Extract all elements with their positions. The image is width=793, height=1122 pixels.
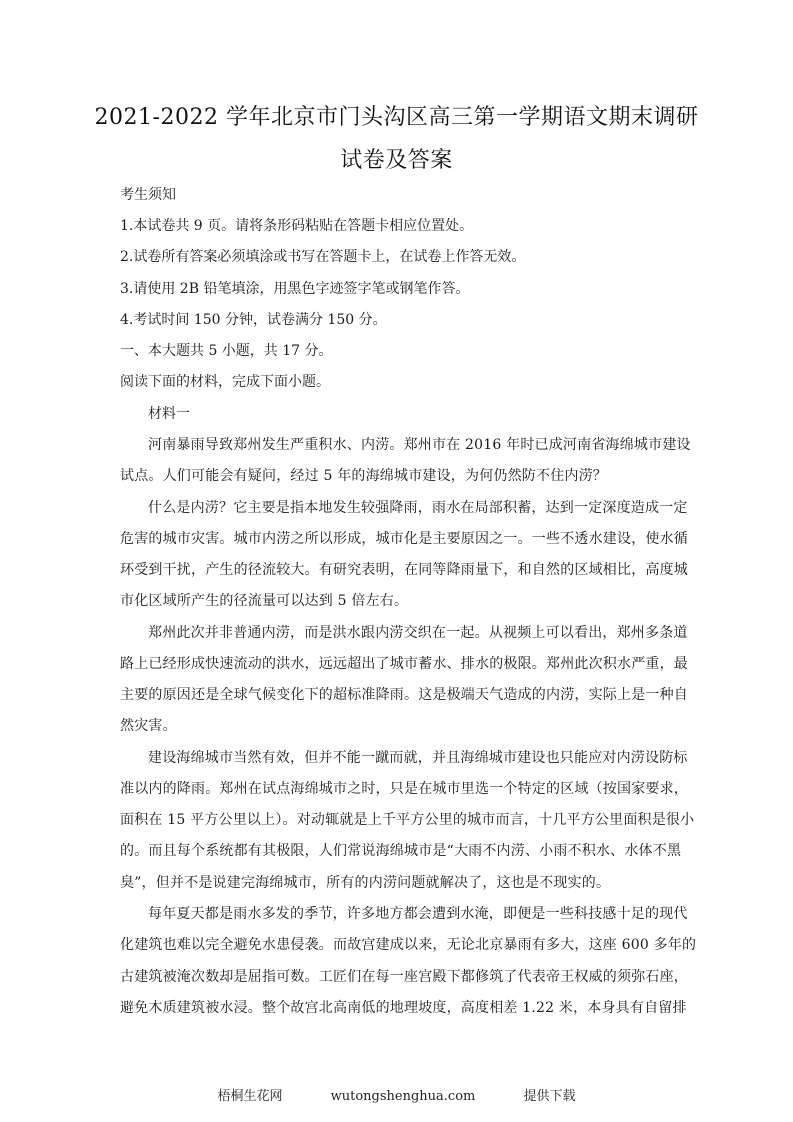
paragraph-line: 的。而且每个系统都有其极限，人们常说海绵城市是“大雨不内涝、小雨不积水、水体不黑	[120, 841, 675, 861]
footer-site-url[interactable]: wutongshenghua.com	[331, 1088, 476, 1106]
document-page: 2021-2022 学年北京市门头沟区高三第一学期语文期末调研 试卷及答案 考生…	[0, 0, 793, 1122]
paragraph-line: 路上已经形成快速流动的洪水，远远超出了城市蓄水、排水的极限。郑州此次积水严重，最	[120, 654, 675, 674]
paragraph-line: 试点。人们可能会有疑问，经过 5 年的海绵城市建设，为何仍然防不住内涝？	[120, 466, 675, 486]
paragraph-line: 郑州此次并非普通内涝，而是洪水跟内涝交织在一起。从视频上可以看出，郑州多条道	[148, 623, 675, 643]
paragraph-line: 准以内的降雨。郑州在试点海绵城市之时，只是在城市里选一个特定的区域（按国家要求，	[120, 779, 675, 799]
paragraph-line: 主要的原因还是全球气候变化下的超标准降雨。这是极端天气造成的内涝，实际上是一种自	[120, 685, 675, 705]
paragraph-line: 面积在 15 平方公里以上）。对动辄就是上千平方公里的城市而言，十几平方公里面积…	[120, 810, 675, 830]
paragraph-line: 环受到干扰，产生的径流较大。有研究表明，在同等降雨量下，和自然的区域相比，高度城	[120, 560, 675, 580]
paragraph-line: 每年夏天都是雨水多发的季节，许多地方都会遭到水淹，即便是一些科技感十足的现代	[148, 904, 675, 924]
footer-site-name: 梧桐生花网	[217, 1088, 282, 1106]
paragraph-line: 臭”，但并不是说建完海绵城市，所有的内涝问题就解决了，这也是不现实的。	[120, 873, 675, 893]
paragraph-line: 避免木质建筑被水浸。整个故宫北高南低的地理坡度，高度相差 1.22 米，本身具有…	[120, 998, 675, 1018]
paragraph-line: 建设海绵城市当然有效，但并不能一蹴而就，并且海绵城市建设也只能应对内涝设防标	[148, 748, 675, 768]
notice-heading: 考生须知	[120, 185, 176, 205]
notice-item-1: 1.本试卷共 9 页。请将条形码粘贴在答题卡相应位置处。	[120, 216, 473, 236]
notice-item-2: 2.试卷所有答案必须填涂或书写在答题卡上，在试卷上作答无效。	[120, 247, 525, 267]
document-title-line-2: 试卷及答案	[0, 146, 793, 176]
document-title-line-1: 2021-2022 学年北京市门头沟区高三第一学期语文期末调研	[0, 103, 793, 133]
paragraph-line: 市化区域所产生的径流量可以达到 5 倍左右。	[120, 591, 675, 611]
section-heading: 一、本大题共 5 小题，共 17 分。	[120, 341, 333, 361]
paragraph-line: 危害的城市灾害。城市内涝之所以形成，城市化是主要原因之一。一些不透水建设，使水循	[120, 529, 675, 549]
footer-note: 提供下载	[524, 1088, 576, 1106]
paragraph-line: 什么是内涝？它主要是指本地发生较强降雨，雨水在局部积蓄，达到一定深度造成一定	[148, 498, 675, 518]
paragraph-line: 化建筑也难以完全避免水患侵袭。而故宫建成以来，无论北京暴雨有多大，这座 600 …	[120, 935, 675, 955]
notice-item-4: 4.考试时间 150 分钟，试卷满分 150 分。	[120, 310, 387, 330]
page-footer: 梧桐生花网 wutongshenghua.com 提供下载	[0, 1088, 793, 1106]
material-label: 材料一	[148, 404, 190, 424]
paragraph-line: 河南暴雨导致郑州发生严重积水、内涝。郑州市在 2016 年时已成河南省海绵城市建…	[148, 435, 675, 455]
notice-item-3: 3.请使用 2B 铅笔填涂，用黑色字迹签字笔或钢笔作答。	[120, 279, 469, 299]
paragraph-line: 古建筑被淹次数却是屈指可数。工匠们在每一座宫殿下都修筑了代表帝王权威的须弥石座，	[120, 967, 675, 987]
reading-instruction: 阅读下面的材料，完成下面小题。	[120, 372, 330, 392]
paragraph-line: 然灾害。	[120, 716, 675, 736]
